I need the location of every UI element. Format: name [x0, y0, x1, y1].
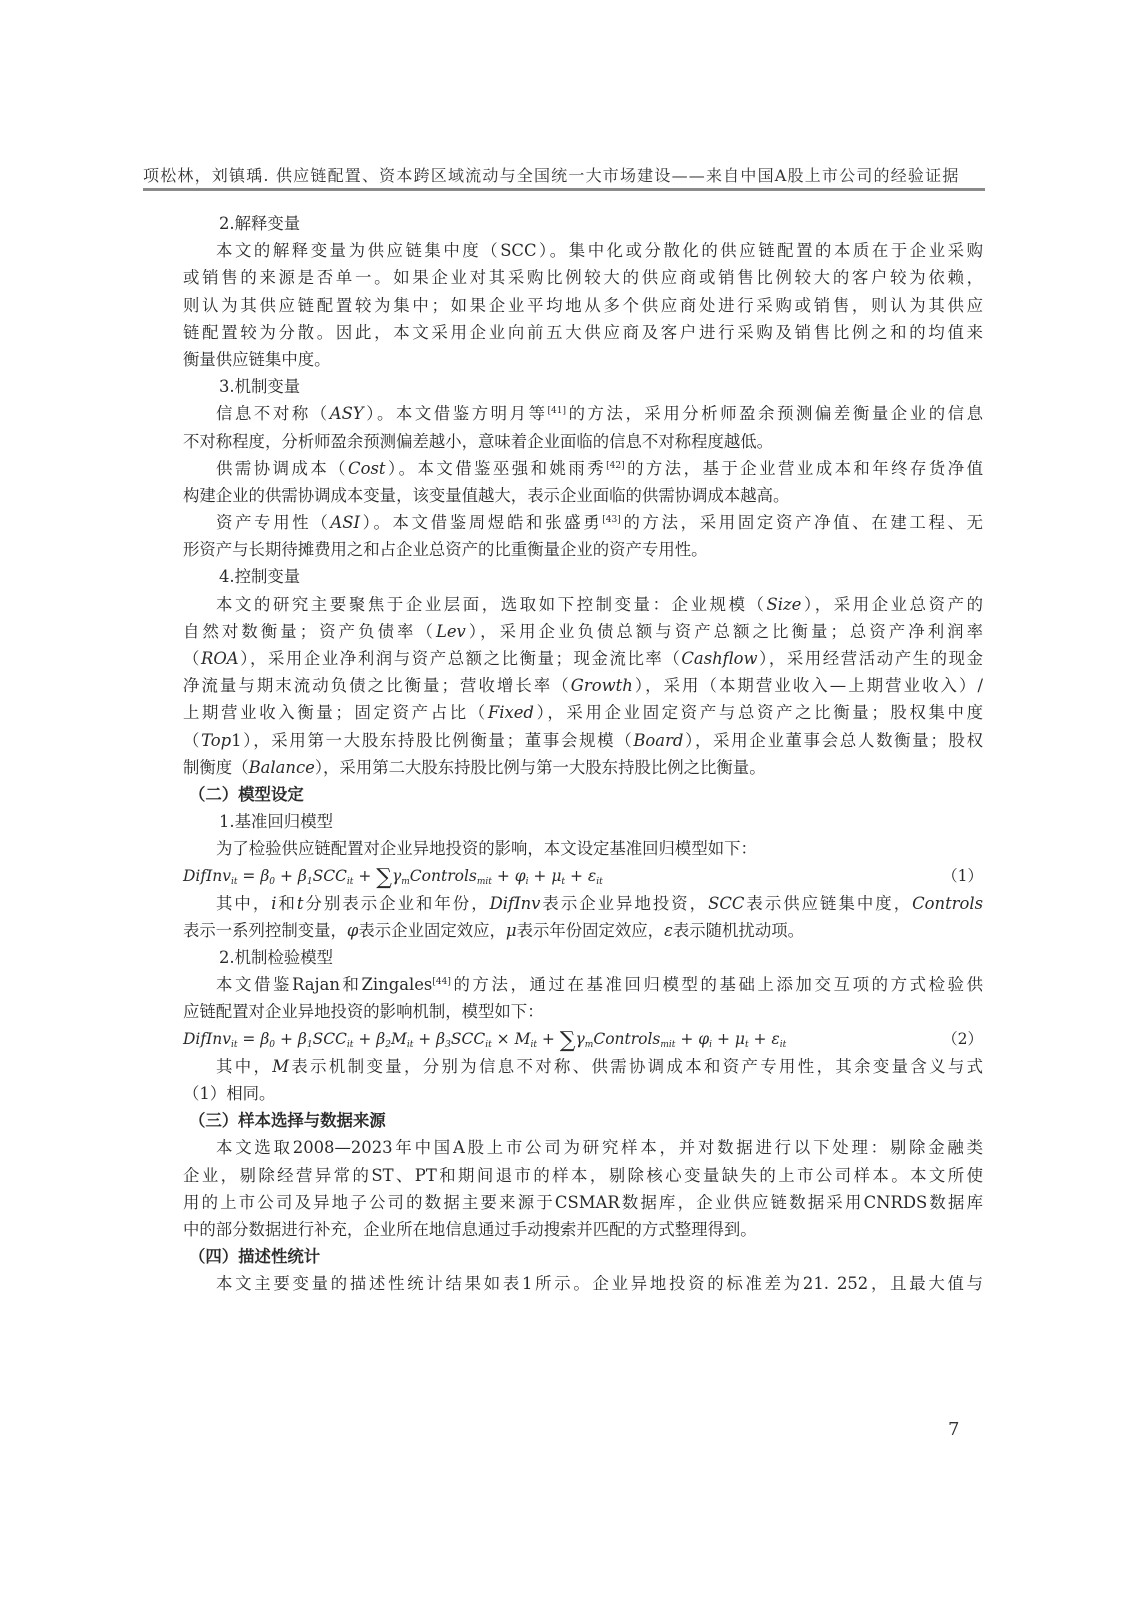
paragraph-line: 本文选取2008—2023年中国A股上市公司为研究样本，并对数据进行以下处理：剔…	[183, 1134, 983, 1161]
paragraph-line: 其中，M表示机制变量，分别为信息不对称、供需协调成本和资产专用性，其余变量含义与…	[183, 1053, 983, 1080]
paragraph-line: 构建企业的供需协调成本变量，该变量值越大，表示企业面临的供需协调成本越高。	[183, 482, 983, 509]
paragraph-line: 应链配置对企业异地投资的影响机制，模型如下：	[183, 998, 983, 1025]
subsection-heading-mechanism: 3.机制变量	[183, 373, 983, 400]
subsection-heading-baseline: 1.基准回归模型	[183, 808, 983, 835]
paragraph-line: 自然对数衡量；资产负债率（Lev），采用企业负债总额与资产总额之比衡量；总资产净…	[183, 618, 983, 645]
subsection-heading-controls: 4.控制变量	[183, 563, 983, 590]
paragraph-line: 本文的研究主要聚焦于企业层面，选取如下控制变量：企业规模（Size），采用企业总…	[183, 591, 983, 618]
subsection-heading-explanatory: 2.解释变量	[183, 210, 983, 237]
paragraph-line: 用的上市公司及异地子公司的数据主要来源于CSMAR数据库，企业供应链数据采用CN…	[183, 1189, 983, 1216]
section-heading-descriptive: （四）描述性统计	[183, 1243, 983, 1270]
paragraph-line-cost: 供需协调成本（Cost）。本文借鉴巫强和姚雨秀[42]的方法，基于企业营业成本和…	[183, 455, 983, 482]
page-number: 7	[948, 1419, 959, 1440]
paragraph-line: 链配置较为分散。因此，本文采用企业向前五大供应商及客户进行采购及销售比例之和的均…	[183, 319, 983, 346]
paragraph-line: 不对称程度，分析师盈余预测偏差越小，意味着企业面临的信息不对称程度越低。	[183, 428, 983, 455]
citation-ref: [43]	[602, 515, 620, 525]
equation-1: DifInvit = β0 + β1SCCit + ∑γmControlsmit…	[183, 863, 983, 890]
paragraph-line: 或销售的来源是否单一。如果企业对其采购比例较大的供应商或销售比例较大的客户较为依…	[183, 264, 983, 291]
paragraph-line: （1）相同。	[183, 1080, 983, 1107]
paragraph-line: 本文主要变量的描述性统计结果如表1所示。企业异地投资的标准差为21. 252，且…	[183, 1270, 983, 1297]
paragraph-line: 制衡度（Balance），采用第二大股东持股比例与第一大股东持股比例之比衡量。	[183, 754, 983, 781]
section-heading-model: （二）模型设定	[183, 781, 983, 808]
equation-2: DifInvit = β0 + β1SCCit + β2Mit + β3SCCi…	[183, 1026, 983, 1053]
paragraph-line: 企业，剔除经营异常的ST、PT和期间退市的样本，剔除核心变量缺失的上市公司样本。…	[183, 1162, 983, 1189]
paragraph-line: 本文借鉴Rajan和Zingales[44]的方法，通过在基准回归模型的基础上添…	[183, 971, 983, 998]
paragraph-line: 中的部分数据进行补充，企业所在地信息通过手动搜索并匹配的方式整理得到。	[183, 1216, 983, 1243]
page-body: 2.解释变量 本文的解释变量为供应链集中度（SCC）。集中化或分散化的供应链配置…	[183, 210, 983, 1298]
equation-number: （1）	[942, 863, 983, 890]
paragraph-line: 本文的解释变量为供应链集中度（SCC）。集中化或分散化的供应链配置的本质在于企业…	[183, 237, 983, 264]
paragraph-line: 表示一系列控制变量，φ表示企业固定效应，μ表示年份固定效应，ε表示随机扰动项。	[183, 917, 983, 944]
paragraph-line: 衡量供应链集中度。	[183, 346, 983, 373]
paragraph-line-asy: 信息不对称（ASY）。本文借鉴方明月等[41]的方法，采用分析师盈余预测偏差衡量…	[183, 400, 983, 427]
citation-ref: [42]	[606, 461, 624, 471]
paragraph-line: 形资产与长期待摊费用之和占企业总资产的比重衡量企业的资产专用性。	[183, 536, 983, 563]
paragraph-line-asi: 资产专用性（ASI）。本文借鉴周煜皓和张盛勇[43]的方法，采用固定资产净值、在…	[183, 509, 983, 536]
paragraph-line: 净流量与期末流动负债之比衡量；营收增长率（Growth），采用（本期营业收入—上…	[183, 672, 983, 699]
paragraph-line: 其中，i和t分别表示企业和年份，DifInv表示企业异地投资，SCC表示供应链集…	[183, 890, 983, 917]
paragraph-line: 上期营业收入衡量；固定资产占比（Fixed），采用企业固定资产与总资产之比衡量；…	[183, 699, 983, 726]
citation-ref: [44]	[432, 977, 450, 987]
paragraph-line: 则认为其供应链配置较为集中；如果企业平均地从多个供应商处进行采购或销售，则认为其…	[183, 292, 983, 319]
paragraph-line: （Top1），采用第一大股东持股比例衡量；董事会规模（Board），采用企业董事…	[183, 727, 983, 754]
subsection-heading-mechanism-test: 2.机制检验模型	[183, 944, 983, 971]
paragraph-line: 为了检验供应链配置对企业异地投资的影响，本文设定基准回归模型如下：	[183, 835, 983, 862]
section-heading-sample: （三）样本选择与数据来源	[183, 1107, 983, 1134]
paragraph-line: （ROA），采用企业净利润与资产总额之比衡量；现金流比率（Cashflow），采…	[183, 645, 983, 672]
citation-ref: [41]	[548, 406, 566, 416]
header-rule	[143, 188, 985, 191]
equation-number: （2）	[942, 1026, 983, 1053]
running-header: 项松林，刘镇瑀. 供应链配置、资本跨区域流动与全国统一大市场建设——来自中国A股…	[143, 163, 985, 186]
